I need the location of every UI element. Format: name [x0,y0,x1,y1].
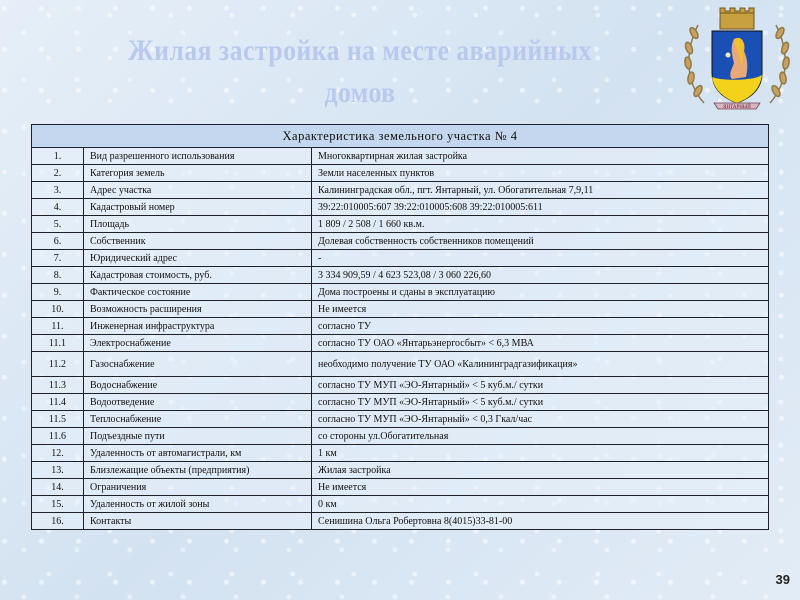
row-value: 3 334 909,59 / 4 623 523,08 / 3 060 226,… [312,267,769,284]
row-value: 1 809 / 2 508 / 1 660 кв.м. [312,216,769,233]
row-number: 1. [32,148,84,165]
row-label: Контакты [84,513,312,530]
land-plot-characteristics-table: Характеристика земельного участка № 4 1.… [31,124,769,530]
row-value: Не имеется [312,479,769,496]
table-row: 5.Площадь1 809 / 2 508 / 1 660 кв.м. [32,216,769,233]
row-label: Теплоснабжение [84,411,312,428]
row-label: Водоотведение [84,394,312,411]
row-value: Жилая застройка [312,462,769,479]
row-label: Кадастровый номер [84,199,312,216]
row-label: Категория земель [84,165,312,182]
table-row: 11.Инженерная инфраструктурасогласно ТУ [32,318,769,335]
table-row: 14.ОграниченияНе имеется [32,479,769,496]
row-value: Калининградская обл., пгт. Янтарный, ул.… [312,182,769,199]
row-number: 16. [32,513,84,530]
row-number: 6. [32,233,84,250]
table-row: 10.Возможность расширенияНе имеется [32,301,769,318]
row-label: Юридический адрес [84,250,312,267]
table-row: 13.Близлежащие объекты (предприятия)Жила… [32,462,769,479]
row-number: 11.2 [32,352,84,377]
row-value: Сенишина Ольга Робертовна 8(4015)33-81-0… [312,513,769,530]
table-title: Характеристика земельного участка № 4 [32,125,769,148]
row-value: 39:22:010005:607 39:22:010005:608 39:22:… [312,199,769,216]
row-label: Газоснабжение [84,352,312,377]
row-label: Адрес участка [84,182,312,199]
row-label: Возможность расширения [84,301,312,318]
table-row: 8.Кадастровая стоимость, руб.3 334 909,5… [32,267,769,284]
row-label: Площадь [84,216,312,233]
row-value: необходимо получение ТУ ОАО «Калининград… [312,352,769,377]
row-number: 12. [32,445,84,462]
row-label: Ограничения [84,479,312,496]
row-label: Фактическое состояние [84,284,312,301]
table-row: 12.Удаленность от автомагистрали, км1 км [32,445,769,462]
row-number: 10. [32,301,84,318]
table-row: 1.Вид разрешенного использованияМногоква… [32,148,769,165]
row-number: 3. [32,182,84,199]
row-value: согласно ТУ МУП «ЭО-Янтарный» < 5 куб.м.… [312,377,769,394]
row-value: Долевая собственность собственников поме… [312,233,769,250]
table-row: 3.Адрес участкаКалининградская обл., пгт… [32,182,769,199]
row-value: Земли населенных пунктов [312,165,769,182]
row-number: 11.6 [32,428,84,445]
row-value: Многоквартирная жилая застройка [312,148,769,165]
row-label: Близлежащие объекты (предприятия) [84,462,312,479]
row-number: 11.3 [32,377,84,394]
row-value: 1 км [312,445,769,462]
row-label: Инженерная инфраструктура [84,318,312,335]
table-row: 11.4Водоотведениесогласно ТУ МУП «ЭО-Янт… [32,394,769,411]
table-row: 6.СобственникДолевая собственность собст… [32,233,769,250]
row-number: 2. [32,165,84,182]
row-value: Не имеется [312,301,769,318]
row-value: согласно ТУ ОАО «Янтарьэнергосбыт» < 6,3… [312,335,769,352]
row-value: 0 км [312,496,769,513]
table-row: 7.Юридический адрес- [32,250,769,267]
row-label: Электроснабжение [84,335,312,352]
row-number: 11. [32,318,84,335]
table-row: 2.Категория земельЗемли населенных пункт… [32,165,769,182]
table-row: 9.Фактическое состояниеДома построены и … [32,284,769,301]
table-header-row: Характеристика земельного участка № 4 [32,125,769,148]
coat-of-arms-icon: ЯНТАРНЫЙ [676,3,798,115]
row-number: 14. [32,479,84,496]
row-value: согласно ТУ МУП «ЭО-Янтарный» < 5 куб.м.… [312,394,769,411]
row-label: Удаленность от автомагистрали, км [84,445,312,462]
row-label: Подъездные пути [84,428,312,445]
row-number: 11.4 [32,394,84,411]
slide-title: Жилая застройка на месте аварийных домов [102,30,618,114]
row-label: Водоснабжение [84,377,312,394]
row-number: 13. [32,462,84,479]
page-number: 39 [776,572,790,587]
table-row: 11.1Электроснабжениесогласно ТУ ОАО «Янт… [32,335,769,352]
svg-text:ЯНТАРНЫЙ: ЯНТАРНЫЙ [723,104,751,110]
row-label: Вид разрешенного использования [84,148,312,165]
table-row: 4.Кадастровый номер39:22:010005:607 39:2… [32,199,769,216]
row-value: со стороны ул.Обогатительная [312,428,769,445]
row-number: 8. [32,267,84,284]
row-number: 4. [32,199,84,216]
row-label: Кадастровая стоимость, руб. [84,267,312,284]
table-row: 11.6Подъездные путисо стороны ул.Обогати… [32,428,769,445]
row-number: 5. [32,216,84,233]
table-row: 15.Удаленность от жилой зоны0 км [32,496,769,513]
row-number: 11.5 [32,411,84,428]
table-row: 11.5Теплоснабжениесогласно ТУ МУП «ЭО-Ян… [32,411,769,428]
table-row: 11.2Газоснабжениенеобходимо получение ТУ… [32,352,769,377]
row-number: 11.1 [32,335,84,352]
row-number: 7. [32,250,84,267]
row-label: Собственник [84,233,312,250]
row-value: согласно ТУ [312,318,769,335]
row-number: 15. [32,496,84,513]
table-row: 16.КонтактыСенишина Ольга Робертовна 8(4… [32,513,769,530]
row-value: - [312,250,769,267]
row-value: Дома построены и сданы в эксплуатацию [312,284,769,301]
row-label: Удаленность от жилой зоны [84,496,312,513]
row-value: согласно ТУ МУП «ЭО-Янтарный» < 0,3 Гкал… [312,411,769,428]
table-row: 11.3Водоснабжениесогласно ТУ МУП «ЭО-Янт… [32,377,769,394]
row-number: 9. [32,284,84,301]
